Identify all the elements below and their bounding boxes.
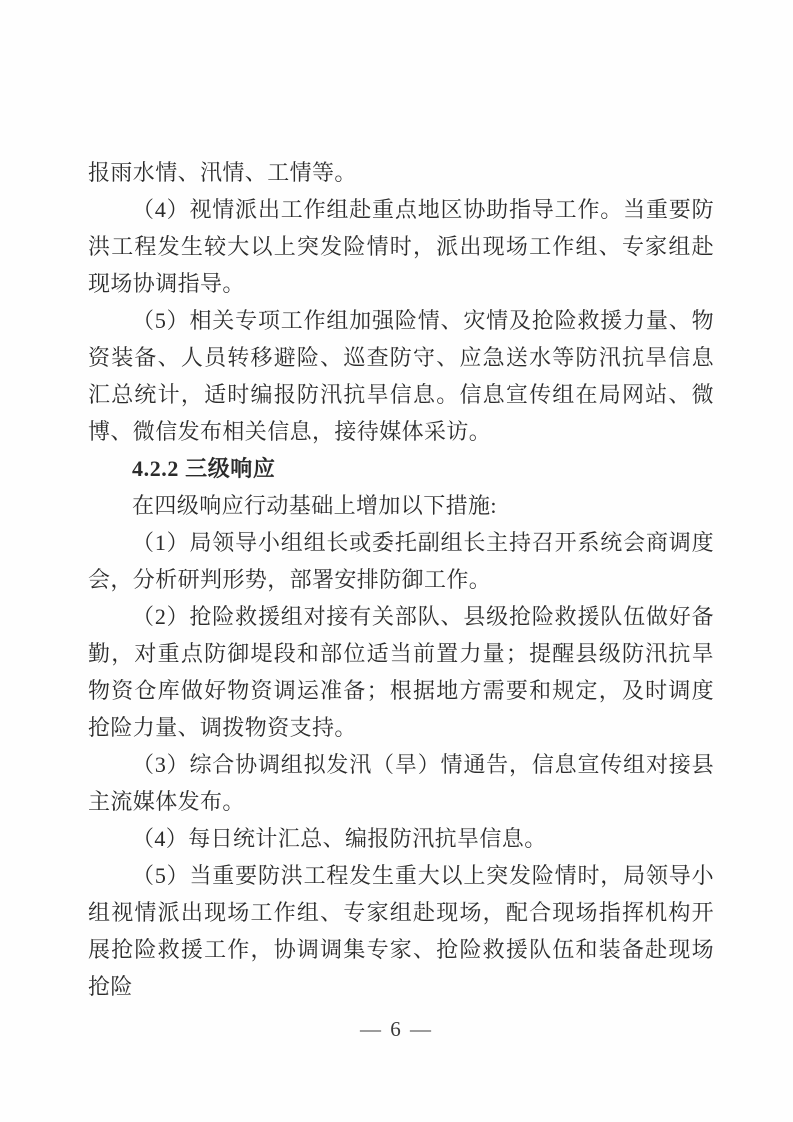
- paragraph: （1）局领导小组组长或委托副组长主持召开系统会商调度会，分析研判形势，部署安排防…: [88, 524, 714, 598]
- paragraph: 报雨水情、汛情、工情等。: [88, 154, 714, 191]
- paragraph: （4）视情派出工作组赴重点地区协助指导工作。当重要防洪工程发生较大以上突发险情时…: [88, 191, 714, 302]
- paragraph: 在四级响应行动基础上增加以下措施:: [88, 487, 714, 524]
- page-number: — 6 —: [0, 1014, 793, 1044]
- section-heading: 4.2.2 三级响应: [88, 450, 714, 487]
- paragraph: （2）抢险救援组对接有关部队、县级抢险救援队伍做好备勤，对重点防御堤段和部位适当…: [88, 598, 714, 746]
- document-body: 报雨水情、汛情、工情等。（4）视情派出工作组赴重点地区协助指导工作。当重要防洪工…: [88, 154, 714, 1005]
- document-page: 报雨水情、汛情、工情等。（4）视情派出工作组赴重点地区协助指导工作。当重要防洪工…: [0, 0, 793, 1122]
- paragraph: （4）每日统计汇总、编报防汛抗旱信息。: [88, 820, 714, 857]
- paragraph: （3）综合协调组拟发汛（旱）情通告，信息宣传组对接县主流媒体发布。: [88, 746, 714, 820]
- paragraph: （5）当重要防洪工程发生重大以上突发险情时，局领导小组视情派出现场工作组、专家组…: [88, 857, 714, 1005]
- paragraph: （5）相关专项工作组加强险情、灾情及抢险救援力量、物资装备、人员转移避险、巡查防…: [88, 302, 714, 450]
